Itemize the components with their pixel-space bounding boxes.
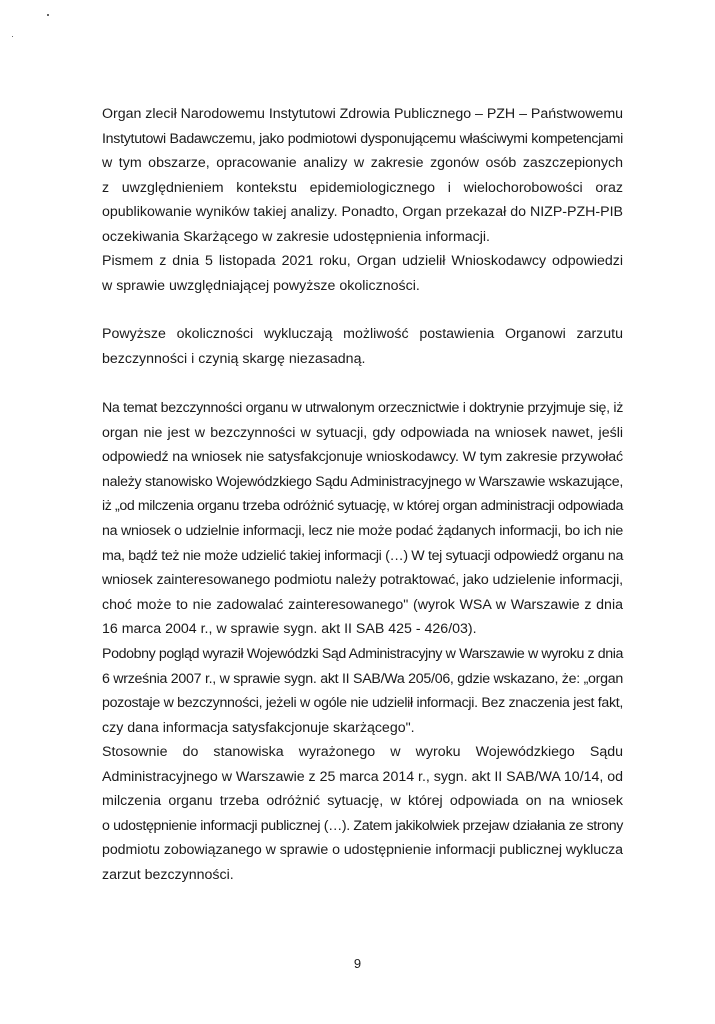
- paragraph-5: Stosownie do stanowiska wyrażonego w wyr…: [102, 740, 623, 888]
- text-line: oczekiwania Skarżącego w zakresie udostę…: [102, 225, 623, 250]
- paragraph-2: Pismem z dnia 5 listopada 2021 roku, Org…: [102, 249, 623, 298]
- text-line: należy stanowisko Wojewódzkiego Sądu Adm…: [102, 470, 623, 495]
- text-line: 6 września 2007 r., w sprawie sygn. akt …: [102, 667, 623, 692]
- text-line: Stosownie do stanowiska wyrażonego w wyr…: [102, 740, 623, 765]
- scan-speck: [12, 36, 13, 37]
- text-line: organ nie jest w bezczynności w sytuacji…: [102, 421, 623, 446]
- text-line: ma, bądź też nie może udzielić takiej in…: [102, 544, 623, 569]
- text-line: Instytutowi Badawczemu, jako podmiotowi …: [102, 127, 623, 152]
- text-line: czy dana informacja satysfakcjonuje skar…: [102, 716, 623, 741]
- text-line: odpowiedź na wniosek nie satysfakcjonuje…: [102, 445, 623, 470]
- text-line: opublikowanie wyników takiej analizy. Po…: [102, 200, 623, 225]
- paragraph-4: Na temat bezczynności organu w utrwalony…: [102, 396, 623, 740]
- page-number: 9: [0, 956, 715, 971]
- text-line: podmiotu zobowiązanego w sprawie o udost…: [102, 838, 623, 863]
- text-line: choć może to nie zadowalać zainteresowan…: [102, 593, 623, 618]
- text-line: Pismem z dnia 5 listopada 2021 roku, Org…: [102, 249, 623, 274]
- text-line: wniosek zainteresowanego podmiotu należy…: [102, 568, 623, 593]
- text-line: Organ zlecił Narodowemu Instytutowi Zdro…: [102, 102, 623, 127]
- text-line: bezczynności i czynią skargę niezasadną.: [102, 347, 623, 372]
- scan-speck: [47, 14, 49, 16]
- text-line: pozostaje w bezczynności, jeżeli w ogóle…: [102, 691, 623, 716]
- text-line: w sprawie uwzględniającej powyższe okoli…: [102, 274, 623, 299]
- text-line: z uwzględnieniem kontekstu epidemiologic…: [102, 176, 623, 201]
- text-line: Administracyjnego w Warszawie z 25 marca…: [102, 765, 623, 790]
- text-line: zarzut bezczynności.: [102, 863, 623, 888]
- text-line: Powyższe okoliczności wykluczają możliwo…: [102, 322, 623, 347]
- text-line: 16 marca 2004 r., w sprawie sygn. akt II…: [102, 617, 623, 642]
- text-line: iż „od milczenia organu trzeba odróżnić …: [102, 494, 623, 519]
- text-line: na wniosek o udzielnie informacji, lecz …: [102, 519, 623, 544]
- paragraph-1: Organ zlecił Narodowemu Instytutowi Zdro…: [102, 102, 623, 250]
- document-page: Organ zlecił Narodowemu Instytutowi Zdro…: [0, 0, 715, 1024]
- text-line: w tym obszarze, opracowanie analizy w za…: [102, 151, 623, 176]
- text-line: Podobny pogląd wyraził Wojewódzki Sąd Ad…: [102, 642, 623, 667]
- text-line: o udostępnienie informacji publicznej (……: [102, 814, 623, 839]
- text-line: Na temat bezczynności organu w utrwalony…: [102, 396, 623, 421]
- text-line: milczenia organu trzeba odróżnić sytuacj…: [102, 789, 623, 814]
- paragraph-3: Powyższe okoliczności wykluczają możliwo…: [102, 322, 623, 371]
